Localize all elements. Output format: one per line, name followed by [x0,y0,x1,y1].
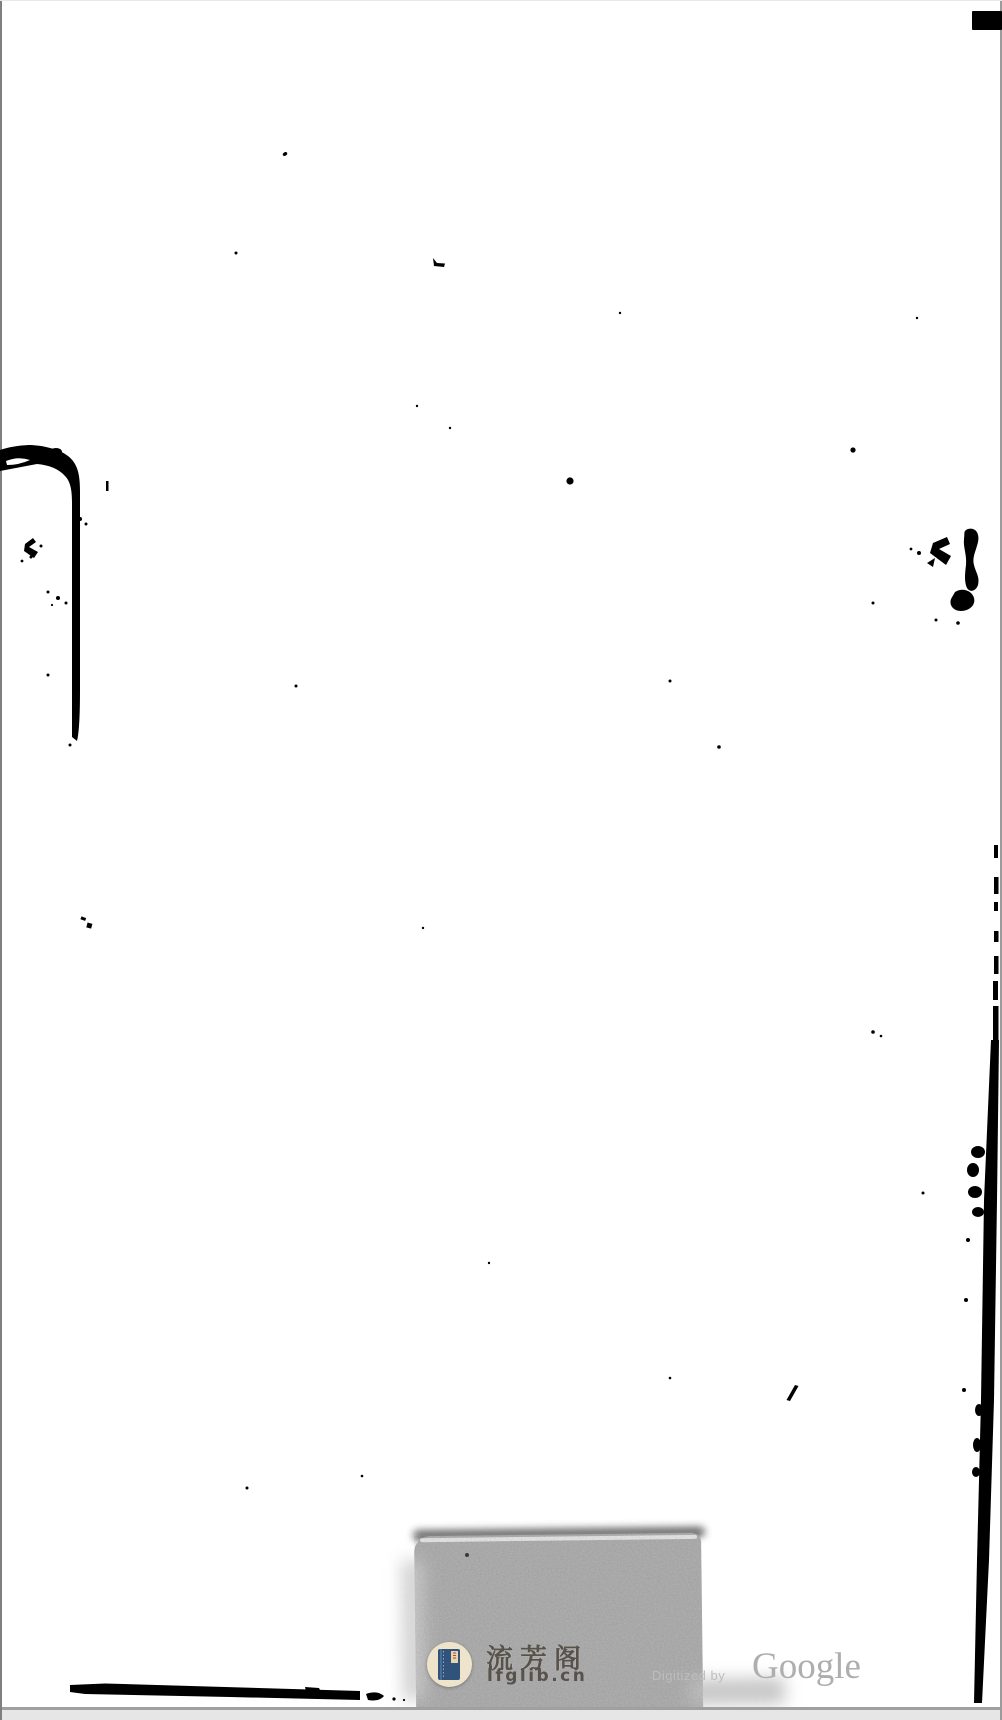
book-icon [427,1642,472,1687]
scan-edge-left [0,0,2,1720]
ink-check-mark [433,258,445,267]
scanner-bottom-band [0,1707,1002,1720]
watermark-logo-circle [427,1642,472,1687]
ink-dot-center [566,477,573,484]
scan-edge-top [0,0,1002,1]
ink-speck-pair [80,916,92,928]
google-wordmark: Google [752,1645,861,1688]
ink-slash [787,1385,799,1401]
ink-scribble-right [872,529,979,625]
watermark-site-url: lfglib.cn [487,1666,587,1686]
ink-dot [850,447,855,452]
digitized-by-label: Digitized by [652,1668,725,1683]
ink-block-top-right [972,11,1002,30]
ink-tick [106,481,109,491]
ink-right-edge-line [962,845,999,1703]
ink-bottom-bar [70,1684,405,1702]
scanned-page: 流芳阁 lfglib.cn Digitized by Google [0,0,1002,1720]
scan-artifacts-layer [0,0,1002,1720]
ink-corner-bracket [0,445,80,741]
